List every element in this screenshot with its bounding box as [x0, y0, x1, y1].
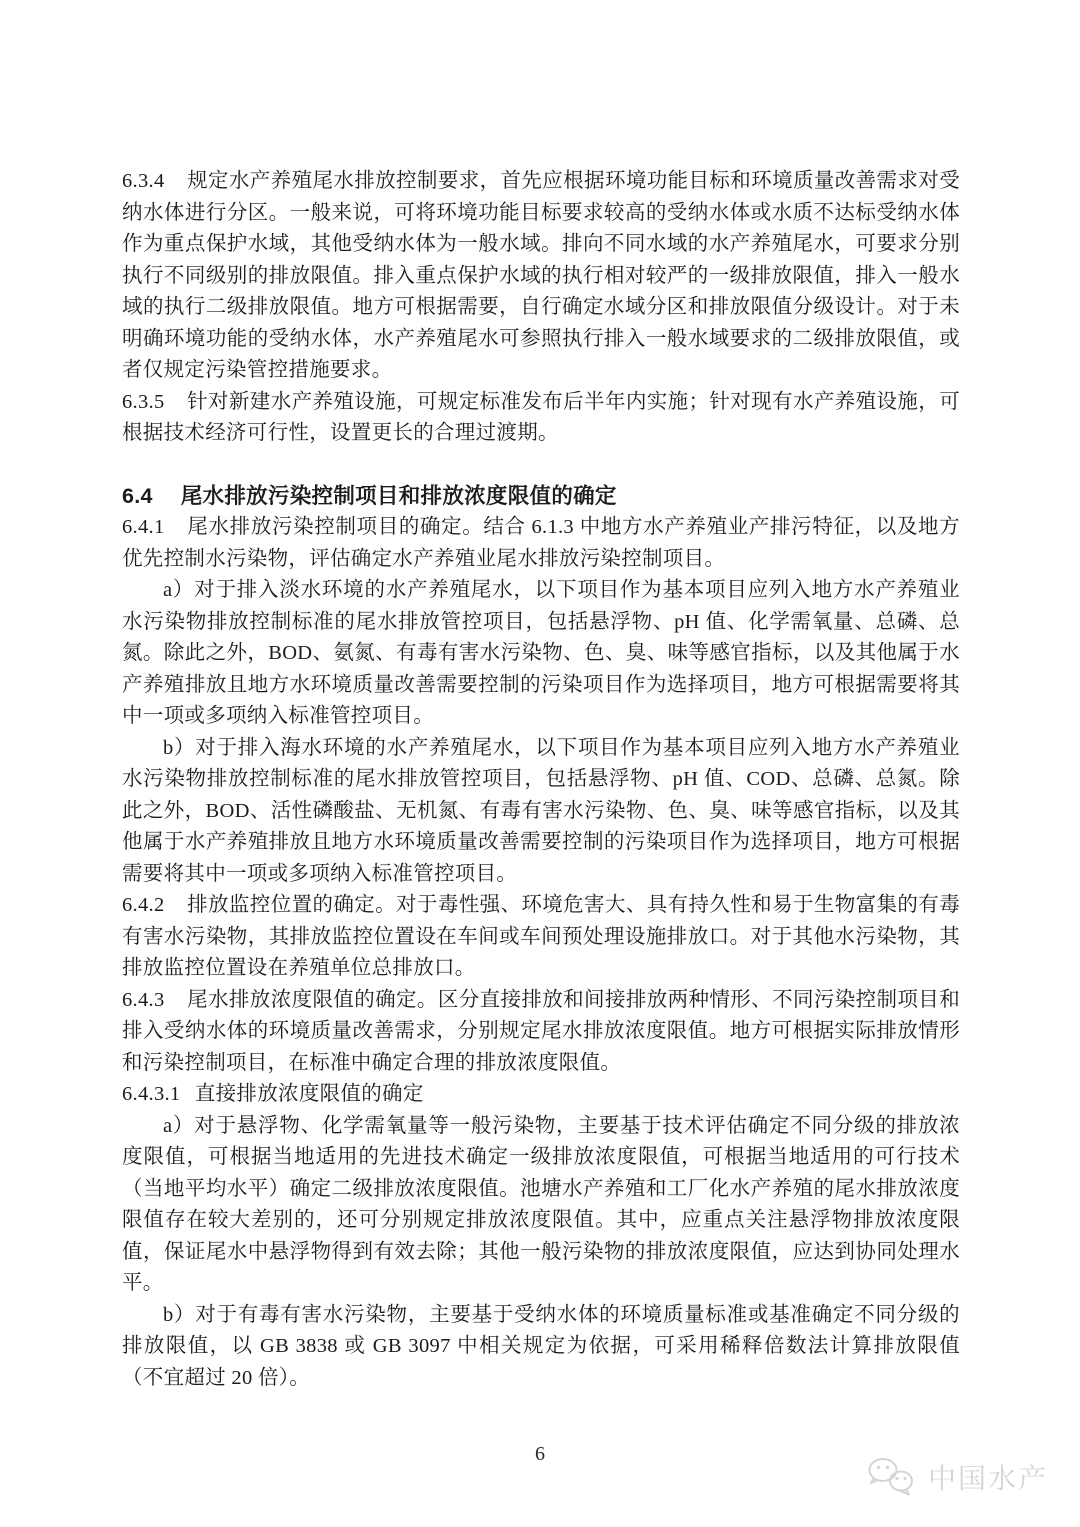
- watermark: 中国水产: [866, 1456, 1048, 1498]
- clause-6-4-1: 6.4.1尾水排放污染控制项目的确定。结合 6.1.3 中地方水产养殖业产排污特…: [122, 512, 960, 575]
- clause-number: 6.3.4: [122, 170, 165, 192]
- clause-text: 针对新建水产养殖设施，可规定标准发布后半年内实施；针对现有水产养殖设施，可根据技…: [122, 391, 960, 445]
- list-item-a-general-pollutants: a）对于悬浮物、化学需氧量等一般污染物，主要基于技术评估确定不同分级的排放浓度限…: [122, 1111, 960, 1300]
- clause-number: 6.3.5: [122, 391, 165, 413]
- list-item-text: 对于排入淡水环境的水产养殖尾水，以下项目作为基本项目应列入地方水产养殖业水污染物…: [122, 579, 960, 727]
- clause-6-3-5: 6.3.5针对新建水产养殖设施，可规定标准发布后半年内实施；针对现有水产养殖设施…: [122, 387, 960, 450]
- heading-number: 6.4: [122, 484, 153, 508]
- clause-6-4-2: 6.4.2排放监控位置的确定。对于毒性强、环境危害大、具有持久性和易于生物富集的…: [122, 890, 960, 985]
- clause-number: 6.4.3: [122, 989, 165, 1011]
- list-item-marker: b）: [163, 737, 195, 759]
- clause-number: 6.4.1: [122, 516, 165, 538]
- clause-text: 排放监控位置的确定。对于毒性强、环境危害大、具有持久性和易于生物富集的有毒有害水…: [122, 894, 960, 979]
- list-item-marker: a）: [163, 1115, 194, 1137]
- list-item-text: 对于有毒有害水污染物，主要基于受纳水体的环境质量标准或基准确定不同分级的排放限值…: [122, 1304, 960, 1389]
- list-item-text: 对于悬浮物、化学需氧量等一般污染物，主要基于技术评估确定不同分级的排放浓度限值，…: [122, 1115, 960, 1295]
- clause-text: 规定水产养殖尾水排放控制要求，首先应根据环境功能目标和环境质量改善需求对受纳水体…: [122, 170, 960, 381]
- heading-text: 尾水排放污染控制项目和排放浓度限值的确定: [181, 484, 617, 508]
- list-item-marker: a）: [163, 579, 194, 601]
- watermark-label: 中国水产: [928, 1457, 1048, 1497]
- document-page: 6.3.4规定水产养殖尾水排放控制要求，首先应根据环境功能目标和环境质量改善需求…: [0, 0, 1080, 1527]
- subheading-text: 直接排放浓度限值的确定: [195, 1083, 424, 1105]
- list-item-b-toxic-pollutants: b）对于有毒有害水污染物，主要基于受纳水体的环境质量标准或基准确定不同分级的排放…: [122, 1300, 960, 1395]
- clause-number: 6.4.2: [122, 894, 165, 916]
- subheading-6-4-3-1: 6.4.3.1直接排放浓度限值的确定: [122, 1079, 960, 1111]
- section-heading-6-4: 6.4尾水排放污染控制项目和排放浓度限值的确定: [122, 481, 960, 513]
- clause-6-4-3: 6.4.3尾水排放浓度限值的确定。区分直接排放和间接排放两种情形、不同污染控制项…: [122, 985, 960, 1080]
- list-item-marker: b）: [163, 1304, 195, 1326]
- subheading-number: 6.4.3.1: [122, 1083, 180, 1105]
- clause-6-3-4: 6.3.4规定水产养殖尾水排放控制要求，首先应根据环境功能目标和环境质量改善需求…: [122, 166, 960, 387]
- clause-text: 尾水排放污染控制项目的确定。结合 6.1.3 中地方水产养殖业产排污特征，以及地…: [122, 516, 960, 570]
- clause-text: 尾水排放浓度限值的确定。区分直接排放和间接排放两种情形、不同污染控制项目和排入受…: [122, 989, 960, 1074]
- wechat-icon: [866, 1456, 918, 1498]
- list-item-text: 对于排入海水环境的水产养殖尾水，以下项目作为基本项目应列入地方水产养殖业水污染物…: [122, 737, 960, 885]
- list-item-b-seawater: b）对于排入海水环境的水产养殖尾水，以下项目作为基本项目应列入地方水产养殖业水污…: [122, 733, 960, 891]
- document-body: 6.3.4规定水产养殖尾水排放控制要求，首先应根据环境功能目标和环境质量改善需求…: [122, 166, 960, 1394]
- list-item-a-freshwater: a）对于排入淡水环境的水产养殖尾水，以下项目作为基本项目应列入地方水产养殖业水污…: [122, 575, 960, 733]
